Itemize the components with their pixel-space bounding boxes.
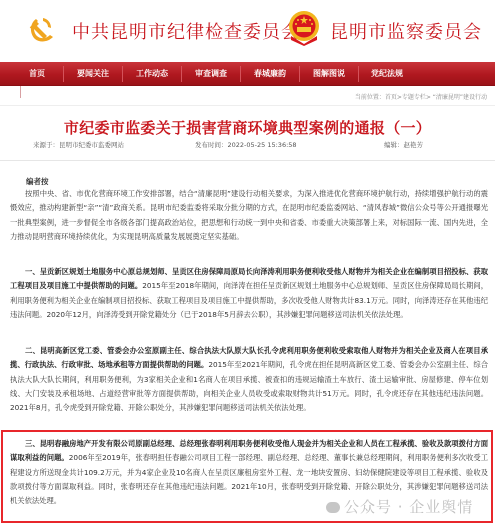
left-accent-line	[20, 86, 21, 98]
nav-illustrations[interactable]: 图解图说	[304, 62, 354, 86]
supervision-title: 昆明市监察委员会	[330, 18, 482, 44]
breadcrumb: 当前位置：首页>专题专栏> “清廉昆明”建设行动	[355, 92, 487, 101]
site-header: 中共昆明市纪律检查委员会 昆明市监察委员会	[0, 0, 495, 60]
intro-text: 按照中央、省、市优化营商环境工作安排部署，结合“清廉昆明”建设行动相关要求，为深…	[10, 189, 488, 241]
wechat-icon	[326, 502, 340, 513]
panel-divider	[0, 105, 495, 106]
watermark-text: 公众号 · 企业舆情	[344, 498, 473, 516]
meta-divider	[0, 160, 495, 161]
case-paragraph-1: 一、呈贡新区规划土地服务中心原总规划师、呈贡区住房保障局原局长向泽涛利用职务便利…	[10, 265, 488, 322]
article-publish-time: 发布时间：2022-05-25 15:36:58	[195, 140, 297, 149]
nav-news-focus[interactable]: 要闻关注	[68, 62, 118, 86]
article-editor: 编辑：赵艳芳	[384, 140, 423, 149]
national-emblem-icon	[287, 10, 321, 46]
editor-note-heading: 编者按	[26, 176, 49, 187]
commission-title: 中共昆明市纪律检查委员会	[72, 18, 300, 44]
article-source: 来源于：昆明市纪委市监委网站	[33, 140, 124, 149]
main-nav: 首页 要闻关注 工作动态 审查调查 春城廉韵 图解图说 党纪法规	[0, 62, 495, 86]
nav-investigation[interactable]: 审查调查	[186, 62, 236, 86]
nav-divider	[358, 66, 359, 82]
party-emblem-icon	[27, 15, 57, 45]
intro-paragraph: 按照中央、省、市优化营商环境工作安排部署，结合“清廉昆明”建设行动相关要求，为深…	[10, 187, 488, 244]
case-paragraph-2: 二、昆明高新区党工委、管委会办公室原副主任、综合执法大队原大队长孔令虎利用职务便…	[10, 344, 488, 415]
nav-chuncheng[interactable]: 春城廉韵	[245, 62, 295, 86]
nav-work-updates[interactable]: 工作动态	[127, 62, 177, 86]
nav-divider	[240, 66, 241, 82]
nav-divider	[63, 66, 64, 82]
nav-divider	[299, 66, 300, 82]
nav-divider	[122, 66, 123, 82]
nav-home[interactable]: 首页	[22, 62, 52, 86]
article-title: 市纪委市监委关于损害营商环境典型案例的通报（一）	[0, 117, 495, 138]
nav-regulations[interactable]: 党纪法规	[362, 62, 412, 86]
watermark: 公众号 · 企业舆情	[326, 496, 473, 517]
nav-divider	[181, 66, 182, 82]
